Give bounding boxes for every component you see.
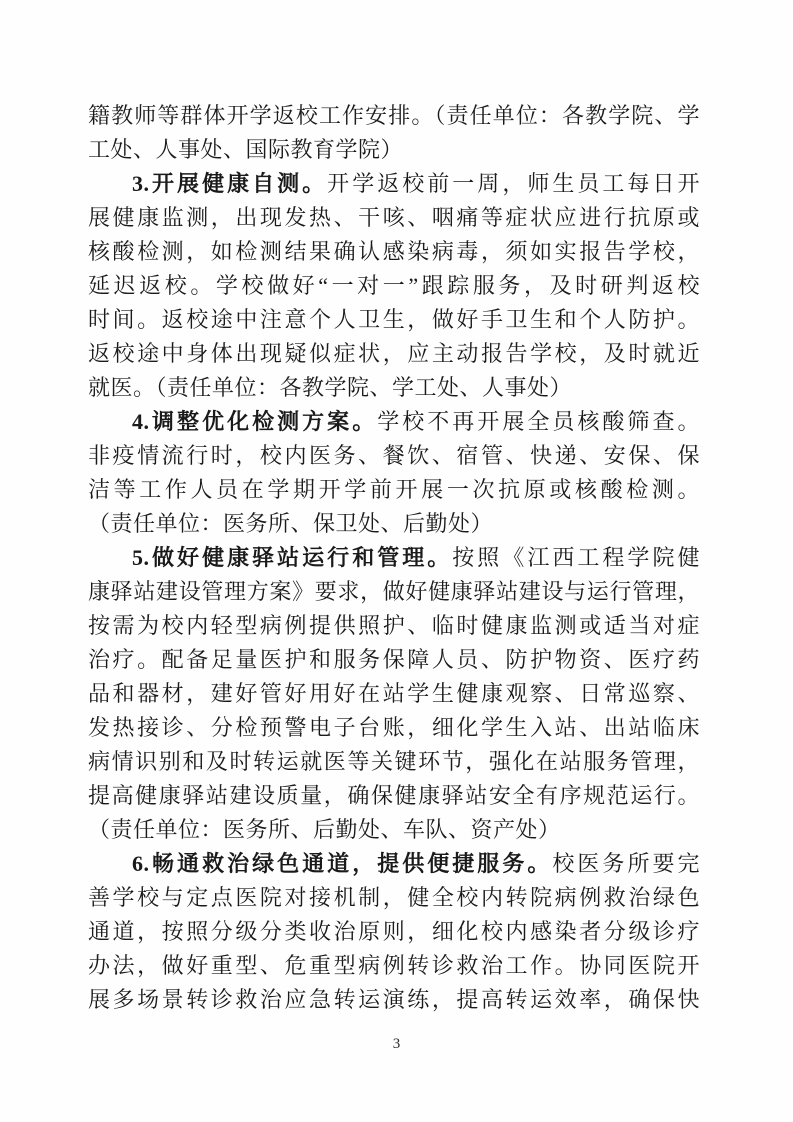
text-line: 病情识别和及时转运就医等关键环节，强化在站服务管理， <box>88 745 700 779</box>
text-line: 办法，做好重型、危重型病例转诊救治工作。协同医院开 <box>88 949 700 983</box>
text-line: 籍教师等群体开学返校工作安排。（责任单位：各教学院、学 <box>88 99 700 133</box>
text-line: 品和器材，建好管好用好在站学生健康观察、日常巡察、 <box>88 677 700 711</box>
text-line: 洁等工作人员在学期开学前开展一次抗原或核酸检测。 <box>88 473 700 507</box>
text-line: （责任单位：医务所、后勤处、车队、资产处） <box>88 813 700 847</box>
text-line: 展健康监测，出现发热、干咳、咽痛等症状应进行抗原或 <box>88 201 700 235</box>
text-line: 5.做好健康驿站运行和管理。按照《江西工程学院健 <box>88 541 700 575</box>
text-line: 善学校与定点医院对接机制，健全校内转院病例救治绿色 <box>88 881 700 915</box>
section-3-heading: 3.开展健康自测。 <box>132 171 327 196</box>
section-6-heading: 6.畅通救治绿色通道，提供便捷服务。 <box>132 851 552 876</box>
section-4-heading: 4.调整优化检测方案。 <box>132 409 377 434</box>
text-line: 6.畅通救治绿色通道，提供便捷服务。校医务所要完 <box>88 847 700 881</box>
text-line: 治疗。配备足量医护和服务保障人员、防护物资、医疗药 <box>88 643 700 677</box>
text-line: 工处、人事处、国际教育学院） <box>88 133 700 167</box>
text-line: 4.调整优化检测方案。学校不再开展全员核酸筛查。 <box>88 405 700 439</box>
page-number: 3 <box>0 1034 793 1054</box>
text-line: 延迟返校。学校做好“一对一”跟踪服务，及时研判返校 <box>88 269 700 303</box>
text-line: 核酸检测，如检测结果确认感染病毒，须如实报告学校， <box>88 235 700 269</box>
text-line: 返校途中身体出现疑似症状，应主动报告学校，及时就近 <box>88 337 700 371</box>
text-line: 展多场景转诊救治应急转运演练，提高转运效率，确保快 <box>88 983 700 1017</box>
text-line: 通道，按照分级分类收治原则，细化校内感染者分级诊疗 <box>88 915 700 949</box>
text-line: 康驿站建设管理方案》要求，做好健康驿站建设与运行管理， <box>88 575 700 609</box>
text-line: 提高健康驿站建设质量，确保健康驿站安全有序规范运行。 <box>88 779 700 813</box>
text-line: 发热接诊、分检预警电子台账，细化学生入站、出站临床 <box>88 711 700 745</box>
document-page: 籍教师等群体开学返校工作安排。（责任单位：各教学院、学 工处、人事处、国际教育学… <box>0 0 793 1122</box>
text-line: 非疫情流行时，校内医务、餐饮、宿管、快递、安保、保 <box>88 439 700 473</box>
document-body: 籍教师等群体开学返校工作安排。（责任单位：各教学院、学 工处、人事处、国际教育学… <box>88 99 700 1017</box>
text-line: 按需为校内轻型病例提供照护、临时健康监测或适当对症 <box>88 609 700 643</box>
text-line: 时间。返校途中注意个人卫生，做好手卫生和个人防护。 <box>88 303 700 337</box>
section-5-heading: 5.做好健康驿站运行和管理。 <box>132 545 452 570</box>
text-line: 3.开展健康自测。开学返校前一周，师生员工每日开 <box>88 167 700 201</box>
text-line: 就医。（责任单位：各教学院、学工处、人事处） <box>88 371 700 405</box>
text-line: （责任单位：医务所、保卫处、后勤处） <box>88 507 700 541</box>
